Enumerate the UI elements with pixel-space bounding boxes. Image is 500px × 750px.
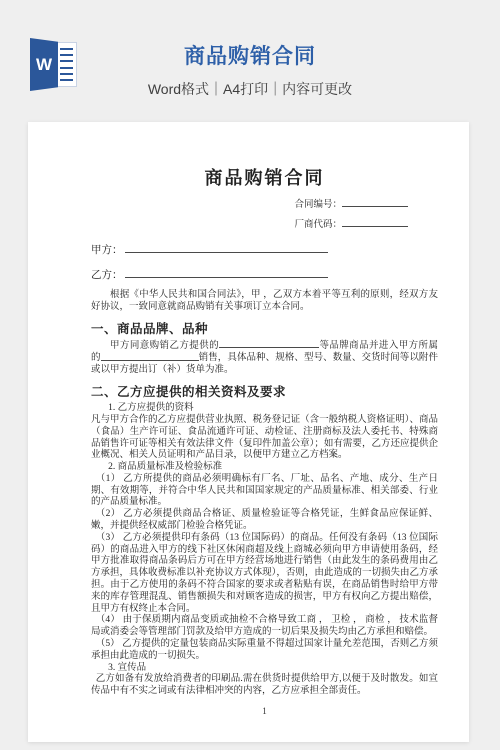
vendor-code-blank-line bbox=[342, 219, 408, 227]
section2-sub2-item-3: （3） 乙方必须提供印有条码（13 位国际码）的商品。任何没有条码（13 位国际… bbox=[91, 533, 438, 616]
word-icon: W bbox=[30, 38, 77, 91]
brand-blank-line bbox=[219, 340, 319, 348]
section2-sub2-item-2: （2） 乙方必须提供商品合格证、质量检验证等合格凭证，生鲜食品应保证鲜、嫩，并提… bbox=[91, 509, 438, 533]
section1-heading: 一、商品品牌、品种 bbox=[91, 319, 438, 337]
word-icon-flag: W bbox=[30, 38, 58, 91]
section2-sub1-title: 1. 乙方应提供的资料 bbox=[91, 403, 438, 415]
contract-no-label: 合同编号： bbox=[294, 200, 342, 210]
section2-sub2-item-4: （4） 由于保质期内商品变质或抽检不合格导致工商 ， 卫检 ， 商检 ， 技术监… bbox=[91, 615, 438, 639]
site-header: W 商品购销合同 Word格式｜A4打印｜内容可更改 bbox=[0, 0, 500, 99]
section2-sub3-title: 3. 宣传品 bbox=[91, 663, 438, 675]
section2-heading: 二、乙方应提供的相关资料及要求 bbox=[91, 382, 438, 400]
contract-no-blank-line bbox=[342, 199, 408, 207]
contract-no-row: 合同编号： bbox=[91, 197, 408, 213]
document-page: 商品购销合同 合同编号： 厂商代码： 甲方： 乙方： 根据《中华人民共和国合同法… bbox=[28, 122, 469, 742]
section1-text-part1: 甲方同意购销乙方提供的 bbox=[110, 341, 219, 351]
intro-paragraph: 根据《中华人民共和国合同法》，甲 ，乙双方本着平等互利的原则，经双方友好协议，一… bbox=[91, 290, 438, 314]
word-icon-letter: W bbox=[36, 55, 52, 75]
vendor-code-label: 厂商代码： bbox=[294, 220, 342, 230]
vendor-code-row: 厂商代码： bbox=[91, 217, 408, 233]
doc-title: 商品购销合同 bbox=[91, 164, 438, 190]
party-a-blank-line bbox=[125, 244, 328, 253]
section2-sub3-body: 乙方如备有发放给消费者的印刷品.需在供货时提供给甲方,以便于及时散发。如宣传品中… bbox=[91, 674, 438, 698]
section2-sub1-body: 凡与甲方合作的乙方应提供营业执照、税务登记证（含一般纳税人资格证明）、商品（食品… bbox=[91, 415, 438, 462]
party-b-blank-line bbox=[125, 269, 328, 278]
section2-sub2-item-1: （1） 乙方所提供的商品必须明确标有厂名、厂址、品名、产地、成分、生产日期、有效… bbox=[91, 474, 438, 509]
page-number: 1 bbox=[91, 706, 438, 716]
party-b-label: 乙方： bbox=[91, 270, 123, 281]
section2-sub2-item-5: （5） 乙方提供的定量包装商品实际重量不得超过国家计量允差范围，否则乙方须承担由… bbox=[91, 639, 438, 663]
doc-meta-block: 合同编号： 厂商代码： bbox=[91, 197, 438, 233]
store-blank-line bbox=[101, 352, 199, 360]
party-a-label: 甲方： bbox=[91, 245, 123, 256]
section1-paragraph: 甲方同意购销乙方提供的等品牌商品并进入甲方所属的销售，具体品种、规格、型号、数量… bbox=[91, 340, 438, 378]
party-a-row: 甲方： bbox=[91, 244, 438, 258]
section2-sub2-title: 2. 商品质量标准及检验标准 bbox=[91, 462, 438, 474]
party-b-row: 乙方： bbox=[91, 269, 438, 283]
